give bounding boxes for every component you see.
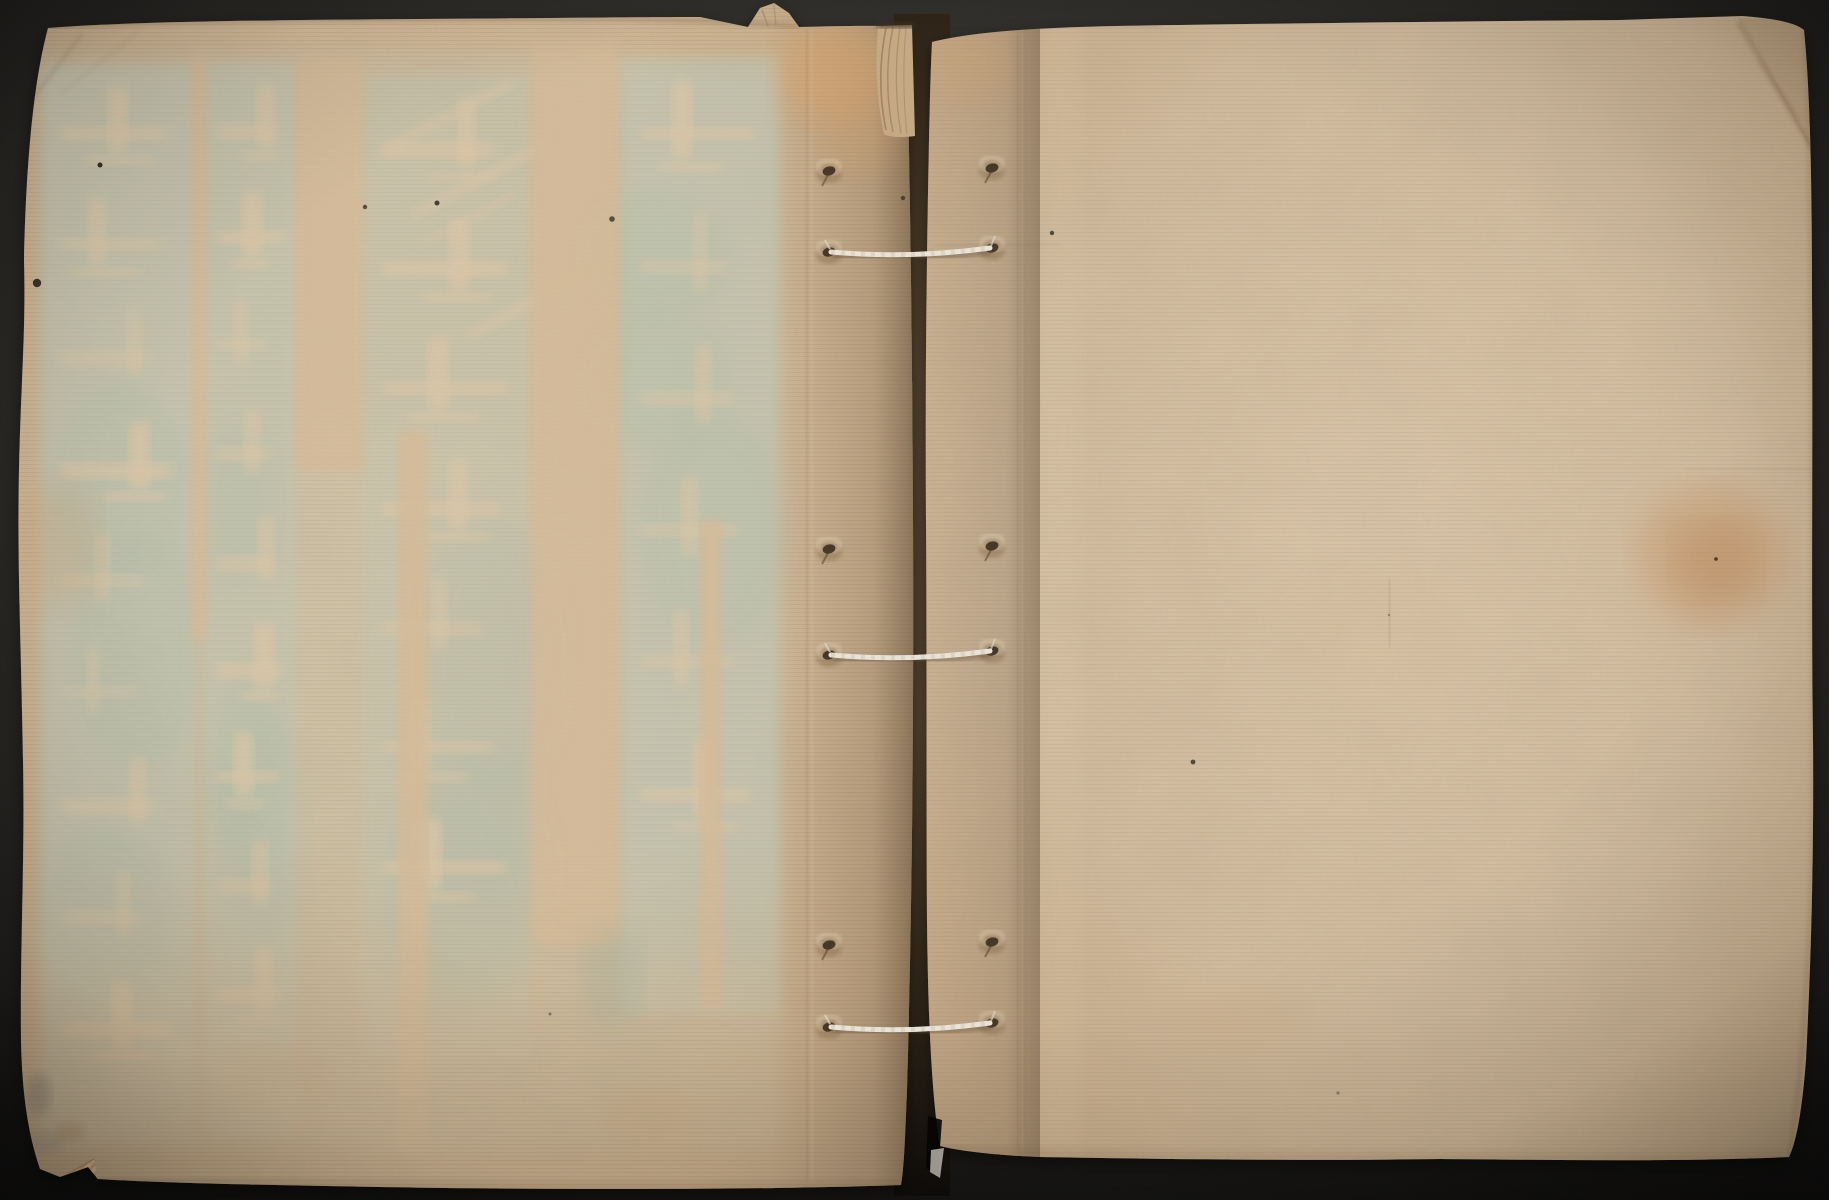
vignette [0,0,1829,1200]
photo-stage [0,0,1829,1200]
book-photograph [0,0,1829,1200]
